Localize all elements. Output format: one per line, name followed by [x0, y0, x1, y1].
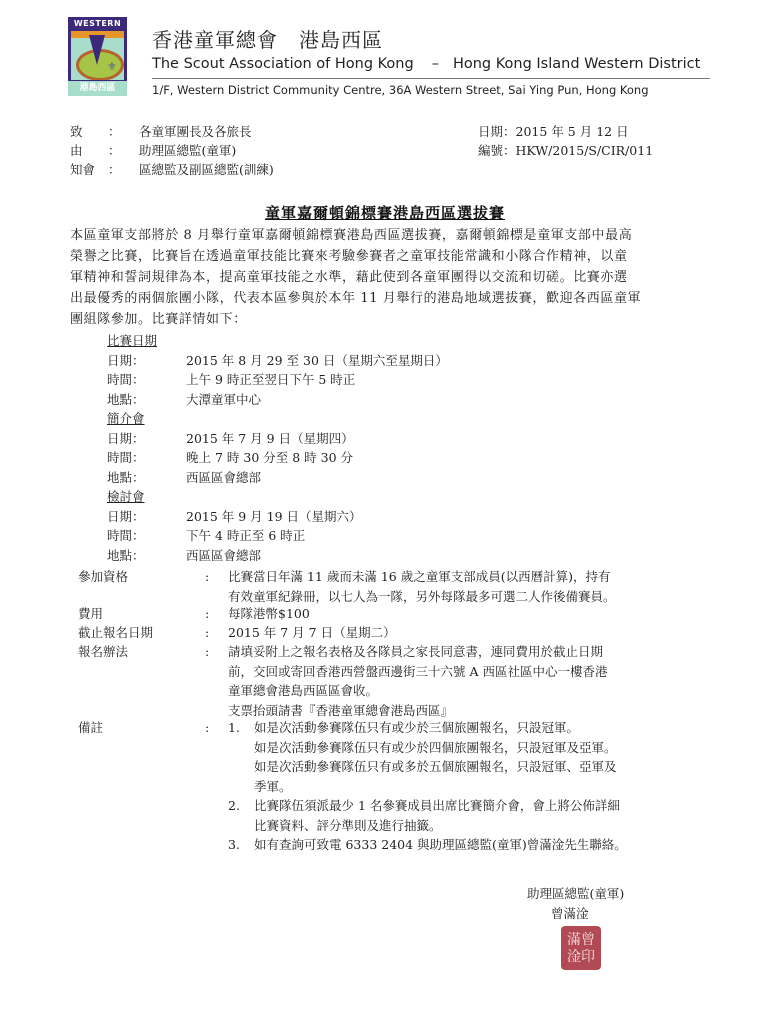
schedule-row: 地點：西區區會總部 [107, 546, 448, 566]
memo-cc-label: 知會 [70, 161, 108, 179]
schedule-value: 2015 年 7 月 9 日（星期四） [186, 431, 354, 446]
schedule-row: 日期：2015 年 9 月 19 日（星期六） [107, 507, 448, 527]
logo-top-text: WESTERN [68, 17, 127, 31]
org-name-dash: – [432, 56, 439, 72]
remark-item-1: 1. 如是次活動參賽隊伍只有或少於三個旅團報名，只設冠軍。 如是次活動參賽隊伍只… [228, 718, 708, 796]
schedule-row: 時間：下午 4 時正至 6 時正 [107, 526, 448, 546]
schedule-value: 西區區會總部 [186, 470, 261, 485]
detail-line: 每隊港幣$100 [228, 604, 698, 624]
schedule-row: 時間：晚上 7 時 30 分至 8 時 30 分 [107, 448, 448, 468]
schedule-key: 時間： [107, 526, 186, 546]
schedule-section: 比賽日期 日期：2015 年 8 月 29 至 30 日（星期六至星期日） 時間… [107, 331, 448, 565]
detail-value: 2015 年 7 月 7 日（星期二） [228, 623, 698, 643]
detail-value: 請填妥附上之報名表格及各隊員之家長同意書，連同費用於截止日期 前，交回或寄回香港… [228, 642, 698, 720]
remark-item-3: 3. 如有查詢可致電 6333 2404 與助理區總監(童軍)曾滿淦先生聯絡。 [228, 835, 708, 855]
memo-from: 由：助理區總監(童軍) [70, 142, 236, 160]
remarks-list: 1. 如是次活動參賽隊伍只有或少於三個旅團報名，只設冠軍。 如是次活動參賽隊伍只… [228, 718, 708, 855]
seal-text: 淦印 [564, 949, 598, 966]
schedule-value: 西區區會總部 [186, 548, 261, 563]
memo-date: 日期：2015 年 5 月 12 日 [478, 123, 629, 141]
memo-ref-value: HKW/2015/S/CIR/011 [516, 143, 654, 158]
schedule-row: 地點：西區區會總部 [107, 468, 448, 488]
memo-date-value: 2015 年 5 月 12 日 [516, 124, 629, 139]
schedule-heading-review: 檢討會 [107, 487, 448, 507]
detail-line: 請填妥附上之報名表格及各隊員之家長同意書，連同費用於截止日期 [228, 642, 698, 662]
memo-cc-value: 區總監及副區總監(訓練) [139, 161, 274, 179]
remark-line: 如有查詢可致電 6333 2404 與助理區總監(童軍)曾滿淦先生聯絡。 [254, 835, 708, 855]
schedule-value: 上午 9 時正至翌日下午 5 時正 [186, 372, 355, 387]
detail-value: 每隊港幣$100 [228, 604, 698, 624]
memo-colon: ： [108, 123, 134, 141]
memo-colon: ： [503, 124, 516, 139]
logo-bottom-text: 港島西區 [68, 80, 127, 96]
memo-ref-label: 編號 [478, 143, 503, 158]
detail-label: 費用 [78, 604, 103, 624]
org-name-en: The Scout Association of Hong Kong–Hong … [152, 56, 700, 72]
remark-line: 季軍。 [254, 777, 708, 797]
detail-line: 2015 年 7 月 7 日（星期二） [228, 623, 698, 643]
remark-line: 比賽資料、評分準則及進行抽籤。 [254, 816, 708, 836]
intro-line: 團組隊參加。比賽詳情如下： [70, 309, 714, 330]
detail-value: 比賽當日年滿 11 歲而未滿 16 歲之童軍支部成員(以西曆計算)，持有 有效童… [228, 567, 698, 606]
document-title: 童軍嘉爾頓錦標賽港島西區選拔賽 [0, 202, 770, 223]
logo-emblem: ⚜ [71, 31, 124, 81]
district-logo: WESTERN ⚜ 港島西區 [68, 17, 127, 96]
schedule-heading-competition: 比賽日期 [107, 331, 448, 351]
letterhead-divider [152, 78, 710, 79]
schedule-value: 2015 年 8 月 29 至 30 日（星期六至星期日） [186, 353, 448, 368]
detail-colon: : [205, 604, 209, 624]
detail-label: 備註 [78, 718, 103, 738]
detail-colon: : [205, 642, 209, 662]
memo-cc: 知會：區總監及副區總監(訓練) [70, 161, 274, 179]
org-address: 1/F, Western District Community Centre, … [152, 83, 649, 97]
org-name-en-left: The Scout Association of Hong Kong [152, 56, 414, 72]
schedule-value: 大潭童軍中心 [186, 392, 261, 407]
intro-paragraph: 本區童軍支部將於 8 月舉行童軍嘉爾頓錦標賽港島西區選拔賽，嘉爾頓錦標是童軍支部… [70, 225, 714, 330]
intro-line: 出最優秀的兩個旅團小隊，代表本區參與於本年 11 月舉行的港島地域選拔賽，歡迎各… [70, 288, 714, 309]
schedule-key: 日期： [107, 429, 186, 449]
detail-colon: : [205, 623, 209, 643]
remark-item-2: 2. 比賽隊伍須派最少 1 名參賽成員出席比賽簡介會，會上將公佈詳細 比賽資料、… [228, 796, 708, 835]
schedule-key: 日期： [107, 351, 186, 371]
logo-arrow-icon [89, 35, 105, 65]
schedule-key: 地點： [107, 468, 186, 488]
schedule-key: 日期： [107, 507, 186, 527]
schedule-value: 下午 4 時正至 6 時正 [186, 528, 305, 543]
intro-line: 本區童軍支部將於 8 月舉行童軍嘉爾頓錦標賽港島西區選拔賽，嘉爾頓錦標是童軍支部… [70, 225, 714, 246]
schedule-row: 日期：2015 年 7 月 9 日（星期四） [107, 429, 448, 449]
intro-line: 榮譽之比賽，比賽旨在透過童軍技能比賽來考驗參賽者之童軍技能常識和小隊合作精神，以… [70, 246, 714, 267]
memo-date-label: 日期 [478, 124, 503, 139]
detail-line: 比賽當日年滿 11 歲而未滿 16 歲之童軍支部成員(以西曆計算)，持有 [228, 567, 698, 587]
remark-number: 3. [228, 835, 240, 855]
schedule-key: 地點： [107, 546, 186, 566]
signatory-name: 曾滿淦 [551, 904, 589, 922]
detail-line: 前，交回或寄回香港西營盤西邊街三十六號 A 西區社區中心一樓香港 [228, 662, 698, 682]
org-name-en-right: Hong Kong Island Western District [453, 56, 700, 72]
schedule-key: 時間： [107, 370, 186, 390]
remark-line: 如是次活動參賽隊伍只有或多於五個旅團報名，只設冠軍、亞軍及 [254, 757, 708, 777]
detail-colon: : [205, 718, 209, 738]
schedule-value: 晚上 7 時 30 分至 8 時 30 分 [186, 450, 353, 465]
memo-to: 致：各童軍團長及各旅長 [70, 123, 252, 141]
remark-line: 如是次活動參賽隊伍只有或少於四個旅團報名，只設冠軍及亞軍。 [254, 738, 708, 758]
detail-label: 報名辦法 [78, 642, 128, 662]
schedule-row: 時間：上午 9 時正至翌日下午 5 時正 [107, 370, 448, 390]
schedule-row: 地點：大潭童軍中心 [107, 390, 448, 410]
remark-number: 1. [228, 718, 240, 738]
schedule-key: 地點： [107, 390, 186, 410]
schedule-value: 2015 年 9 月 19 日（星期六） [186, 509, 362, 524]
schedule-heading-briefing: 簡介會 [107, 409, 448, 429]
personal-seal-stamp: 滿曾 淦印 [561, 926, 601, 970]
detail-label: 截止報名日期 [78, 623, 153, 643]
memo-from-value: 助理區總監(童軍) [139, 142, 236, 160]
memo-to-value: 各童軍團長及各旅長 [139, 123, 252, 141]
memo-colon: ： [108, 142, 134, 160]
signatory-title: 助理區總監(童軍) [527, 884, 624, 902]
memo-ref: 編號：HKW/2015/S/CIR/011 [478, 142, 653, 160]
memo-colon: ： [108, 161, 134, 179]
detail-colon: : [205, 567, 209, 587]
schedule-key: 時間： [107, 448, 186, 468]
detail-line: 童軍總會港島西區區會收。 [228, 681, 698, 701]
schedule-row: 日期：2015 年 8 月 29 至 30 日（星期六至星期日） [107, 351, 448, 371]
remark-line: 如是次活動參賽隊伍只有或少於三個旅團報名，只設冠軍。 [254, 718, 708, 738]
detail-label: 參加資格 [78, 567, 128, 587]
memo-colon: ： [503, 143, 516, 158]
remark-line: 比賽隊伍須派最少 1 名參賽成員出席比賽簡介會，會上將公佈詳細 [254, 796, 708, 816]
remark-number: 2. [228, 796, 240, 816]
org-name-zh: 香港童軍總會 港島西區 [152, 24, 383, 53]
memo-to-label: 致 [70, 123, 108, 141]
seal-text: 滿曾 [564, 932, 598, 949]
intro-line: 軍精神和誓詞規律為本，提高童軍技能之水準，藉此使到各童軍團得以交流和切磋。比賽亦… [70, 267, 714, 288]
memo-from-label: 由 [70, 142, 108, 160]
fleur-de-lis-icon: ⚜ [107, 61, 117, 72]
